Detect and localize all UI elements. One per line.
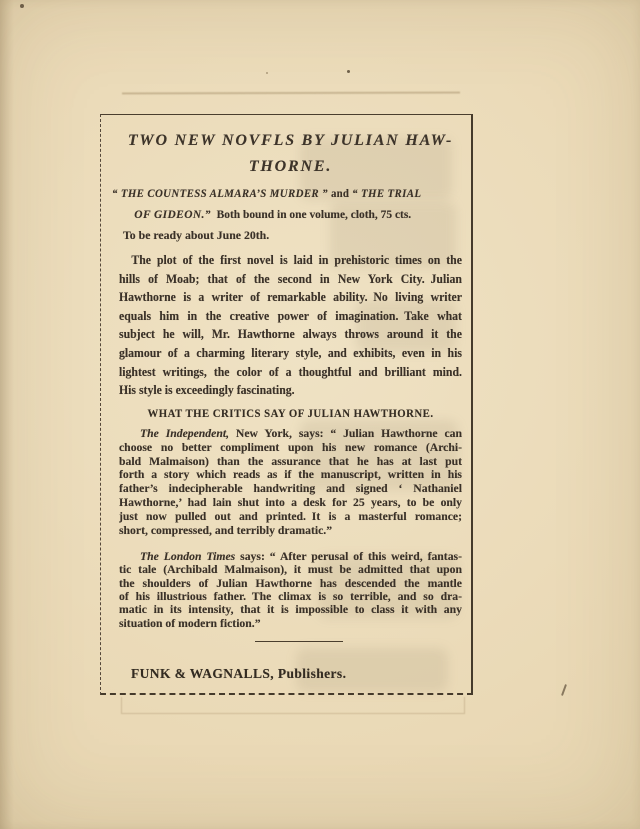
roman-text: subject he will, Mr. Hawthorne always th…: [119, 327, 462, 341]
roman-text: the shoulders of Julian Hawthorne has de…: [119, 577, 462, 590]
roman-text: To be ready about June 20th.: [123, 228, 269, 242]
paragraph-line: lightest writings, the color of a though…: [119, 363, 462, 382]
italic-text: “ THE COUNTESS ALMARA’S MURDER ”: [112, 186, 331, 200]
paragraph-line: tic tale (Archibald Malmaison), it must …: [119, 563, 462, 576]
roman-text: Hawthorne,’ had lain shut into a desk fo…: [119, 496, 462, 509]
paragraph-line: short, compressed, and terribly dramatic…: [119, 524, 462, 538]
roman-text: says: “ After perusal of this weird, fan…: [235, 550, 462, 563]
roman-text: just now pulled out and printed. It is a…: [119, 510, 462, 523]
announcement-line: OF GIDEON.” Both bound in one volume, cl…: [112, 204, 452, 225]
paragraph-line: glamour of a charming literary style, an…: [119, 344, 462, 363]
paragraph-line: forth a story which reads as if the manu…: [119, 468, 462, 482]
ink-speck: [266, 72, 268, 74]
roman-text: Both bound in one volume, cloth, 75 cts.: [211, 207, 411, 221]
title-line: THORNE.: [119, 154, 462, 180]
italic-text: “ THE TRIAL: [349, 186, 421, 200]
roman-text: matic in its intensity, that it is impos…: [119, 603, 462, 616]
ink-speck: [347, 70, 350, 73]
ghost-frame-bottom: [121, 697, 465, 714]
paragraph-line: father’s indecipherable handwriting and …: [119, 482, 462, 496]
italic-text: OF GIDEON.”: [134, 207, 211, 221]
paragraph-line: The plot of the first novel is laid in p…: [119, 251, 462, 270]
ghost-frame-top-line: [122, 92, 460, 95]
roman-text: Hawthorne is a writer of remarkable abil…: [119, 290, 462, 304]
paragraph-line: matic in its intensity, that it is impos…: [119, 603, 462, 616]
paragraph-line: Hawthorne,’ had lain shut into a desk fo…: [119, 496, 462, 510]
roman-text: of his illustrious father. The climax is…: [119, 590, 462, 603]
paragraph-line: equals him in the creative power of imag…: [119, 307, 462, 326]
roman-text: short, compressed, and terribly dramatic…: [119, 524, 332, 537]
roman-text: situation of modern fiction.”: [119, 617, 261, 630]
paragraph-line: bald Malmaison) than the assurance that …: [119, 455, 462, 469]
paragraph-line: Hawthorne is a writer of remarkable abil…: [119, 288, 462, 307]
roman-text: lightest writings, the color of a though…: [119, 365, 462, 379]
paragraph-line: the shoulders of Julian Hawthorne has de…: [119, 577, 462, 590]
paragraph-line: subject he will, Mr. Hawthorne always th…: [119, 325, 462, 344]
italic-text: The Independent,: [140, 427, 229, 440]
roman-text: The plot of the first novel is laid in p…: [131, 253, 462, 267]
ink-speck: [20, 4, 24, 8]
paragraph-line: situation of modern fiction.”: [119, 617, 462, 630]
advert-frame: TWO NEW NOVFLS BY JULIAN HAW-THORNE.“ TH…: [100, 114, 473, 695]
paragraph-line: hills of Moab; that of the second in New…: [119, 270, 462, 289]
roman-text: equals him in the creative power of imag…: [119, 309, 462, 323]
title-line: TWO NEW NOVFLS BY JULIAN HAW-: [119, 128, 462, 154]
paragraph-line: of his illustrious father. The climax is…: [119, 590, 462, 603]
scanned-book-page: TWO NEW NOVFLS BY JULIAN HAW-THORNE.“ TH…: [0, 0, 640, 829]
roman-text: forth a story which reads as if the manu…: [119, 468, 462, 481]
paragraph-line: The Independent, New York, says: “ Julia…: [119, 427, 462, 441]
publisher-line: FUNK & WAGNALLS, Publishers.: [119, 666, 462, 682]
paragraph-line: The London Times says: “ After perusal o…: [119, 550, 462, 563]
paragraph-line: just now pulled out and printed. It is a…: [119, 510, 462, 524]
roman-text: glamour of a charming literary style, an…: [119, 346, 462, 360]
london-times-review-paragraph: The London Times says: “ After perusal o…: [119, 550, 462, 630]
divider-rule: [255, 641, 343, 642]
italic-text: The London Times: [140, 550, 235, 563]
intro-paragraph: The plot of the first novel is laid in p…: [119, 251, 462, 400]
paragraph-line: His style is exceedingly fascinating.: [119, 381, 462, 400]
roman-text: tic tale (Archibald Malmaison), it must …: [119, 563, 462, 576]
paragraph-line: choose no better compliment upon his new…: [119, 441, 462, 455]
book-announcement: “ THE COUNTESS ALMARA’S MURDER ” and “ T…: [112, 183, 462, 246]
announcement-line: To be ready about June 20th.: [112, 225, 462, 246]
announcement-line: “ THE COUNTESS ALMARA’S MURDER ” and “ T…: [112, 183, 434, 204]
pen-mark: [561, 684, 567, 696]
roman-text: His style is exceedingly fascinating.: [119, 383, 295, 397]
roman-text: choose no better compliment upon his new…: [119, 441, 462, 454]
roman-text: New York, says: “ Julian Hawthorne can: [229, 427, 462, 440]
roman-text: bald Malmaison) than the assurance that …: [119, 455, 462, 468]
roman-text: and: [331, 186, 349, 200]
critics-heading: WHAT THE CRITICS SAY OF JULIAN HAWTHORNE…: [131, 406, 450, 422]
roman-text: hills of Moab; that of the second in New…: [119, 272, 462, 286]
roman-text: father’s indecipherable handwriting and …: [119, 482, 462, 495]
independent-review-paragraph: The Independent, New York, says: “ Julia…: [119, 427, 462, 538]
advert-title: TWO NEW NOVFLS BY JULIAN HAW-THORNE.: [119, 128, 462, 180]
